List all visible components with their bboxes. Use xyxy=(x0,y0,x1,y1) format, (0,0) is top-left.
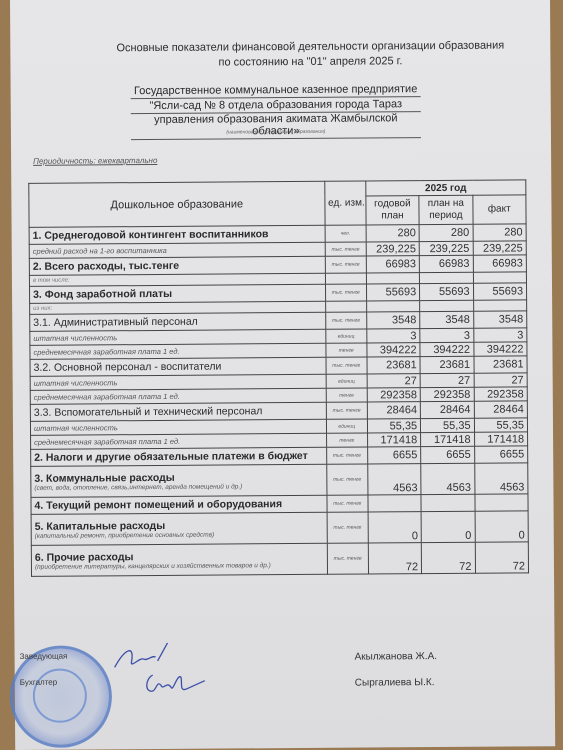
financial-table: Дошкольное образование ед. изм. 2025 год… xyxy=(28,179,529,576)
row-label: 3. Фонд заработной платы xyxy=(29,284,325,303)
cell-period: 239,225 xyxy=(419,241,472,255)
cell-period: 3 xyxy=(420,328,473,342)
row-unit: тыс. тенге xyxy=(327,495,368,512)
cell-fact: 171418 xyxy=(474,432,528,446)
table-row: 5. Капитальные расходы(капитальный ремон… xyxy=(31,511,528,545)
cell-fact xyxy=(473,300,527,311)
cell-period: 171418 xyxy=(421,432,474,446)
signature-accountant-icon xyxy=(143,669,213,699)
row-note: (капитальный ремонт, приобретение основн… xyxy=(35,530,324,539)
name-accountant: Сыргалиева Ы.К. xyxy=(355,677,435,689)
cell-annual xyxy=(366,301,419,312)
row-unit: тенге xyxy=(326,388,367,402)
row-unit: тыс. тенге xyxy=(327,543,368,574)
cell-annual: 6655 xyxy=(367,447,421,464)
header-unit: ед. изм. xyxy=(324,181,365,225)
signature-area: Заведующая Бухгалтер Акылжанова Ж.А. Сыр… xyxy=(14,636,555,750)
cell-annual: 28464 xyxy=(367,402,421,419)
row-label: 1. Среднегодовой контингент воспитаннико… xyxy=(29,225,325,244)
cell-annual: 171418 xyxy=(367,433,420,447)
cell-period: 292358 xyxy=(420,387,473,401)
cell-fact xyxy=(475,494,529,511)
cell-annual xyxy=(366,273,419,284)
cell-fact: 3548 xyxy=(473,311,527,328)
cell-fact xyxy=(473,272,527,283)
row-unit: тыс. тенге xyxy=(325,312,366,329)
row-label: 3. Коммунальные расходы(свет, вода, отоп… xyxy=(31,464,327,497)
table-row: 6. Прочие расходы(приобретение литератур… xyxy=(31,542,528,576)
row-label: 6. Прочие расходы(приобретение литератур… xyxy=(31,543,327,576)
row-unit xyxy=(325,301,366,312)
document-title: Основные показатели финансовой деятельно… xyxy=(40,39,563,55)
cell-annual: 66983 xyxy=(366,256,420,273)
cell-period: 23681 xyxy=(420,356,474,373)
row-unit: тыс. тенге xyxy=(326,402,367,419)
role-head: Заведующая xyxy=(20,652,68,661)
cell-period: 0 xyxy=(421,511,475,542)
header-year: 2025 год xyxy=(366,180,526,196)
row-note: (приобретение литературы, канцелярских и… xyxy=(35,561,324,570)
header-annual-plan: годовой план xyxy=(366,196,420,225)
cell-period xyxy=(420,300,473,311)
row-label: 2. Всего расходы, тыс.тенге xyxy=(29,256,325,275)
cell-annual: 239,225 xyxy=(366,242,419,256)
row-unit: единиц xyxy=(326,374,367,388)
cell-period: 6655 xyxy=(421,446,475,463)
cell-period: 66983 xyxy=(419,255,473,272)
header-period-plan: план на период xyxy=(419,195,473,224)
row-label: 5. Капитальные расходы(капитальный ремон… xyxy=(31,512,327,545)
cell-fact: 72 xyxy=(475,542,529,573)
cell-annual: 292358 xyxy=(367,388,420,402)
cell-period: 4563 xyxy=(421,463,475,494)
row-unit: тыс. тенге xyxy=(325,284,366,301)
cell-fact: 4563 xyxy=(474,463,528,494)
cell-annual: 0 xyxy=(368,512,422,543)
row-unit: тыс. тенге xyxy=(326,447,367,464)
cell-annual: 3548 xyxy=(366,312,420,329)
cell-annual: 55693 xyxy=(366,284,420,301)
document-page: Основные показатели финансовой деятельно… xyxy=(10,0,555,750)
row-label: 4. Текущий ремонт помещений и оборудован… xyxy=(31,495,327,514)
cell-annual: 27 xyxy=(367,374,420,388)
cell-period xyxy=(420,272,473,283)
cell-fact: 394222 xyxy=(473,342,527,356)
cell-period: 55,35 xyxy=(421,418,474,432)
table-row: 3. Коммунальные расходы(свет, вода, отоп… xyxy=(31,463,528,497)
cell-fact: 3 xyxy=(473,328,527,342)
cell-annual: 55,35 xyxy=(367,419,420,433)
role-accountant: Бухгалтер xyxy=(20,678,57,687)
row-unit: чел. xyxy=(325,225,366,242)
row-unit: единиц xyxy=(326,419,367,433)
cell-fact: 280 xyxy=(473,224,527,241)
cell-period xyxy=(421,494,475,511)
cell-fact: 66983 xyxy=(473,255,527,272)
cell-period: 27 xyxy=(420,373,473,387)
cell-fact: 239,225 xyxy=(473,241,527,255)
cell-annual: 72 xyxy=(368,543,422,574)
row-unit: тыс. тенге xyxy=(325,242,366,256)
org-name-line-1: Государственное коммунальное казенное пр… xyxy=(131,83,421,99)
cell-annual: 3 xyxy=(367,329,420,343)
cell-period: 72 xyxy=(421,542,475,573)
row-unit: тенге xyxy=(326,433,367,447)
row-unit xyxy=(325,273,366,284)
row-label: 3.1. Административный персонал xyxy=(30,312,326,331)
row-unit: тыс. тенге xyxy=(327,512,368,543)
row-unit: единиц xyxy=(326,329,367,343)
header-section: Дошкольное образование xyxy=(29,181,325,227)
name-head: Акылжанова Ж.А. xyxy=(355,651,437,663)
row-label: 3.3. Вспомогательный и технический персо… xyxy=(30,402,326,421)
row-unit: тыс. тенге xyxy=(325,256,366,273)
document-date: по состоянию на "01" апреля 2025 г. xyxy=(40,54,563,70)
cell-annual: 4563 xyxy=(368,464,422,495)
row-label: 2. Налоги и другие обязательные платежи … xyxy=(31,447,327,466)
row-unit: тыс. тенге xyxy=(326,464,367,495)
cell-period: 28464 xyxy=(420,401,474,418)
cell-period: 280 xyxy=(419,224,473,241)
row-label: 3.2. Основной персонал - воспитатели xyxy=(30,357,326,376)
row-unit: тенге xyxy=(326,343,367,357)
cell-fact: 55693 xyxy=(473,283,527,300)
cell-period: 394222 xyxy=(420,342,473,356)
cell-fact: 6655 xyxy=(474,446,528,463)
cell-annual: 23681 xyxy=(367,357,421,374)
cell-fact: 27 xyxy=(474,373,528,387)
row-unit: тыс. тенге xyxy=(326,357,367,374)
periodicity: Периодичность: ежеквартально xyxy=(33,156,157,166)
cell-fact: 0 xyxy=(475,511,529,542)
cell-fact: 28464 xyxy=(474,401,528,418)
header-fact: факт xyxy=(472,195,526,224)
row-note: (свет, вода, отопление, связь,интернет, … xyxy=(34,482,323,491)
cell-fact: 23681 xyxy=(474,356,528,373)
cell-fact: 292358 xyxy=(474,387,528,401)
org-name-line-3: управления образования акимата Жамбылско… xyxy=(131,112,421,140)
cell-fact: 55,35 xyxy=(474,418,528,432)
cell-period: 55693 xyxy=(420,283,474,300)
cell-annual: 280 xyxy=(366,225,420,242)
cell-annual xyxy=(368,495,422,512)
cell-period: 3548 xyxy=(420,311,474,328)
cell-annual: 394222 xyxy=(367,343,420,357)
